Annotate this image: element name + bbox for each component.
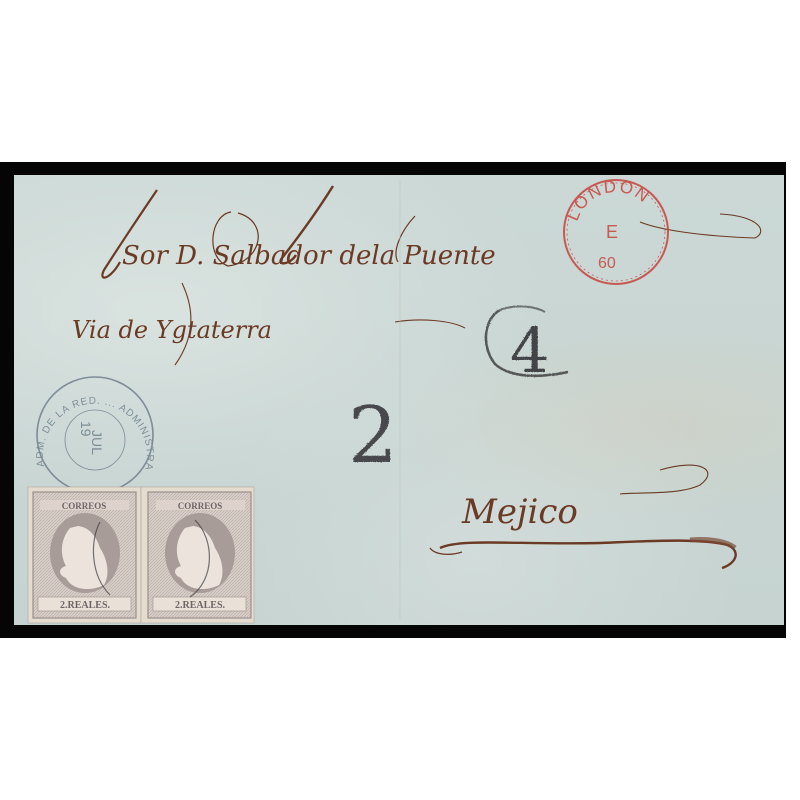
stamp-1-value: 2.REALES. xyxy=(60,600,111,611)
rate-mark-2-text: 2 xyxy=(348,391,398,481)
origin-postmark-month: JUL xyxy=(89,430,105,455)
rate-mark-4: 4 xyxy=(486,306,568,387)
address-handwriting: Sor D. Salbador dela Puente Via de Ygtat… xyxy=(72,186,761,365)
stamp-1: CORREOS 2.REALES. xyxy=(28,487,141,623)
stamp-pair: CORREOS 2.REALES. CORREOS 2.REALES. xyxy=(28,487,254,623)
destination-text: Mejico xyxy=(461,492,578,532)
address-line-1: Sor D. Salbador dela Puente xyxy=(122,241,496,271)
rate-mark-2: 2 xyxy=(348,391,398,481)
svg-text:LONDON: LONDON xyxy=(563,177,654,224)
rate-mark-4-text: 4 xyxy=(510,314,549,387)
svg-text:ADM. DE LA RED. ... ADMINISTRA: ADM. DE LA RED. ... ADMINISTRACION xyxy=(0,0,155,472)
stamp-2-value: 2.REALES. xyxy=(175,600,226,611)
origin-postmark-ring-text: ADM. DE LA RED. ... ADMINISTRACION xyxy=(0,0,155,472)
cover-artwork: Sor D. Salbador dela Puente Via de Ygtat… xyxy=(0,0,800,800)
address-line-2: Via de Ygtaterra xyxy=(72,316,272,344)
destination-handwriting: Mejico xyxy=(430,465,736,568)
london-postmark: LONDON E 60 xyxy=(563,177,668,284)
london-postmark-year: 60 xyxy=(598,255,616,272)
stamp-1-header: CORREOS xyxy=(62,501,107,511)
london-postmark-city: LONDON xyxy=(563,177,654,224)
stamp-2-header: CORREOS xyxy=(178,501,223,511)
london-postmark-code: E xyxy=(606,222,618,242)
stamp-2: CORREOS 2.REALES. xyxy=(141,487,254,623)
